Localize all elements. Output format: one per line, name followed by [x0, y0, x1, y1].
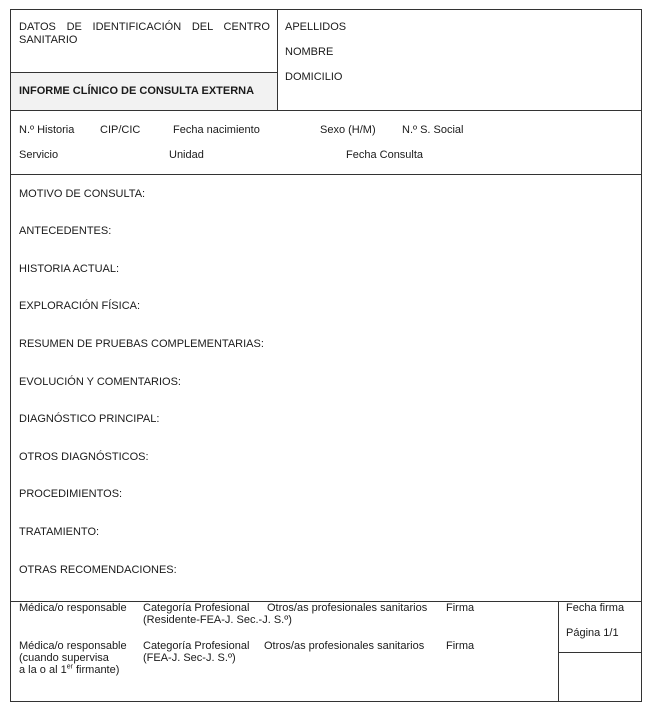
- section-historia-actual[interactable]: HISTORIA ACTUAL:: [19, 263, 119, 276]
- section-antecedentes[interactable]: ANTECEDENTES:: [19, 225, 111, 238]
- section-motivo[interactable]: MOTIVO DE CONSULTA:: [19, 188, 145, 201]
- firma-field[interactable]: Firma: [446, 602, 474, 615]
- fecha-firma-field[interactable]: Fecha firma: [566, 602, 624, 615]
- section-pruebas[interactable]: RESUMEN DE PRUEBAS COMPLEMENTARIAS:: [19, 338, 264, 351]
- otros-profesionales-label: Otros/as profesionales sanitarios: [267, 602, 427, 615]
- section-exploracion[interactable]: EXPLORACIÓN FÍSICA:: [19, 300, 140, 313]
- fecha-consulta-field[interactable]: Fecha Consulta: [346, 149, 423, 162]
- historia-field[interactable]: N.º Historia: [19, 124, 74, 137]
- section-tratamiento[interactable]: TRATAMIENTO:: [19, 526, 99, 539]
- seguridad-social-field[interactable]: N.º S. Social: [402, 124, 463, 137]
- section-diagnostico-principal[interactable]: DIAGNÓSTICO PRINCIPAL:: [19, 413, 159, 426]
- section-procedimientos[interactable]: PROCEDIMIENTOS:: [19, 488, 122, 501]
- footer-inner-line: [558, 652, 642, 653]
- supervisor-label-line3: a la o al 1er firmante): [19, 664, 119, 677]
- header-divider: [277, 9, 278, 110]
- sexo-field[interactable]: Sexo (H/M): [320, 124, 376, 137]
- id-bottom-line: [10, 174, 642, 175]
- centro-label-line1: DATOS DE IDENTIFICACIÓN DEL CENTRO: [19, 21, 270, 34]
- section-otras-recomendaciones[interactable]: OTRAS RECOMENDACIONES:: [19, 564, 177, 577]
- categoria-detalle-2: (FEA-J. Sec-J. S.º): [143, 652, 236, 665]
- nombre-field[interactable]: NOMBRE: [285, 46, 333, 59]
- header-bottom-line: [10, 110, 642, 111]
- unidad-field[interactable]: Unidad: [169, 149, 204, 162]
- apellidos-field[interactable]: APELLIDOS: [285, 21, 346, 34]
- page-number: Página 1/1: [566, 627, 619, 640]
- domicilio-field[interactable]: DOMICILIO: [285, 71, 342, 84]
- categoria-detalle: (Residente-FEA-J. Sec.-J. S.º): [143, 614, 292, 627]
- servicio-field[interactable]: Servicio: [19, 149, 58, 162]
- form-frame: [10, 9, 642, 702]
- title-divider: [10, 72, 277, 73]
- centro-label-line2: SANITARIO: [19, 34, 77, 47]
- otros-profesionales-label-2: Otros/as profesionales sanitarios: [264, 640, 424, 653]
- section-otros-diagnosticos[interactable]: OTROS DIAGNÓSTICOS:: [19, 451, 149, 464]
- firma-field-2[interactable]: Firma: [446, 640, 474, 653]
- fecha-nacimiento-field[interactable]: Fecha nacimiento: [173, 124, 260, 137]
- responsable-label: Médica/o responsable: [19, 602, 127, 615]
- document-title: INFORME CLÍNICO DE CONSULTA EXTERNA: [19, 85, 254, 98]
- cip-field[interactable]: CIP/CIC: [100, 124, 140, 137]
- section-evolucion[interactable]: EVOLUCIÓN Y COMENTARIOS:: [19, 376, 181, 389]
